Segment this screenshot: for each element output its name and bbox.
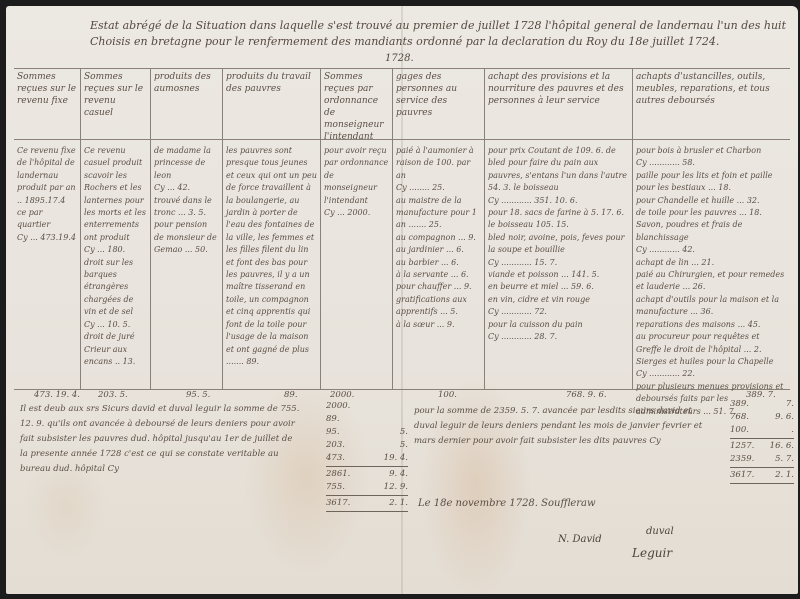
column-header: achapts d'ustancilles, outils, meubles, … [633, 69, 790, 139]
column-header: Sommes reçues sur le revenu fixe [14, 69, 80, 139]
signature-duval: duval [646, 526, 674, 537]
sum-sub: 5. [400, 439, 408, 452]
signature-david: N. David [558, 534, 602, 545]
document-page: Estat abrégé de la Situation dans laquel… [6, 6, 798, 594]
total-provisions: 768. 9. 6. [566, 390, 607, 400]
column-revenu-casuel: Sommes reçues sur le revenu casuel Ce re… [80, 69, 150, 389]
sum-sub: 9. 6. [775, 411, 794, 424]
total-ordonnance: 2000. [330, 390, 354, 400]
sum-total: 3617. [326, 497, 350, 510]
sum-sub: 5. [400, 426, 408, 439]
sum-amount: 95. [326, 426, 340, 439]
column-gages: gages des personnes au service des pauvr… [392, 69, 484, 389]
sum-amount: 755. [326, 481, 345, 494]
column-content: paié à l'aumonier à raison de 100. par a… [393, 139, 484, 331]
column-content: les pauvres sont presque tous jeunes et … [223, 139, 320, 368]
column-revenu-fixe: Sommes reçues sur le revenu fixe Ce reve… [14, 69, 80, 389]
column-content: pour prix Coutant de 109. 6. de bled pou… [485, 139, 632, 344]
column-header: gages des personnes au service des pauvr… [393, 69, 484, 139]
middle-sum: 2000. 89. 95.5. 203.5. 473.19. 4. 2861.9… [326, 400, 408, 513]
sum-amount: 2000. [326, 400, 350, 413]
sum-amount: 768. [730, 411, 749, 424]
right-note: pour la somme de 2359. 5. 7. avancée par… [414, 404, 704, 449]
column-content: Ce revenu fixe de l'hôpital de landernau… [14, 139, 80, 244]
left-note: Il est deub aux srs Sicurs david et duva… [20, 402, 302, 477]
sum-amount: 89. [326, 413, 340, 426]
sum-sub: 12. 9. [384, 481, 408, 494]
column-content: pour bois à brusler et Charbon Cy ......… [633, 139, 790, 418]
sum-sub: 16. 6. [770, 440, 794, 453]
column-travail: produits du travail des pauvres les pauv… [222, 69, 320, 389]
sum-sub: 5. 7. [775, 453, 794, 466]
document-title: Estat abrégé de la Situation dans laquel… [90, 18, 790, 50]
total-gages: 100. [438, 390, 457, 400]
sum-amount: 2861. [326, 468, 350, 481]
column-provisions: achapt des provisions et la nourriture d… [484, 69, 632, 389]
sum-sub: 7. [786, 398, 794, 411]
sum-sub: . [791, 424, 794, 437]
column-ordonnance: Sommes reçues par ordonnance de monseign… [320, 69, 392, 389]
sum-sub: 19. 4. [384, 452, 408, 465]
column-header: produits des aumosnes [151, 69, 222, 139]
sum-total: 3617. [730, 469, 754, 482]
sum-amount: 473. [326, 452, 345, 465]
title-year: 1728. [385, 51, 414, 67]
ledger-table: Sommes reçues sur le revenu fixe Ce reve… [14, 68, 790, 390]
sum-total-sub: 2. 1. [775, 469, 794, 482]
sum-rule [326, 495, 408, 496]
sum-rule [326, 466, 408, 467]
column-aumosnes: produits des aumosnes de madame la princ… [150, 69, 222, 389]
column-content: pour avoir reçu par ordonnance de monsei… [321, 139, 392, 219]
column-content: de madame la princesse de leon Cy ... 42… [151, 139, 222, 257]
column-content: Ce revenu casuel produit scavoir les Roc… [81, 139, 150, 368]
total-revenu-casuel: 203. 5. [98, 390, 128, 400]
sum-rule [326, 511, 408, 512]
sum-rule [730, 438, 794, 439]
sum-sub: 9. 4. [389, 468, 408, 481]
total-revenu-fixe: 473. 19. 4. [34, 390, 80, 400]
column-ustancilles: achapts d'ustancilles, outils, meubles, … [632, 69, 790, 389]
total-aumosnes: 95. 5. [186, 390, 210, 400]
sum-amount: 2359. [730, 453, 754, 466]
sum-total-sub: 2. 1. [389, 497, 408, 510]
date-line: Le 18e novembre 1728. Souffleraw [418, 498, 596, 509]
column-header: produits du travail des pauvres [223, 69, 320, 139]
right-sum: 389.7. 768.9. 6. 100.. 1257.16. 6. 2359.… [730, 398, 794, 485]
total-travail: 89. [284, 390, 298, 400]
column-header: achapt des provisions et la nourriture d… [485, 69, 632, 139]
title-line-2: Choisis en bretagne pour le renfermement… [90, 34, 790, 50]
signature-leguir: Leguir [632, 546, 672, 560]
column-header: Sommes reçues par ordonnance de monseign… [321, 69, 392, 139]
sum-amount: 203. [326, 439, 345, 452]
sum-rule [730, 467, 794, 468]
sum-amount: 100. [730, 424, 749, 437]
column-header: Sommes reçues sur le revenu casuel [81, 69, 150, 139]
sum-amount: 389. [730, 398, 749, 411]
sum-rule [730, 483, 794, 484]
sum-amount: 1257. [730, 440, 754, 453]
title-line-1: Estat abrégé de la Situation dans laquel… [90, 18, 790, 34]
